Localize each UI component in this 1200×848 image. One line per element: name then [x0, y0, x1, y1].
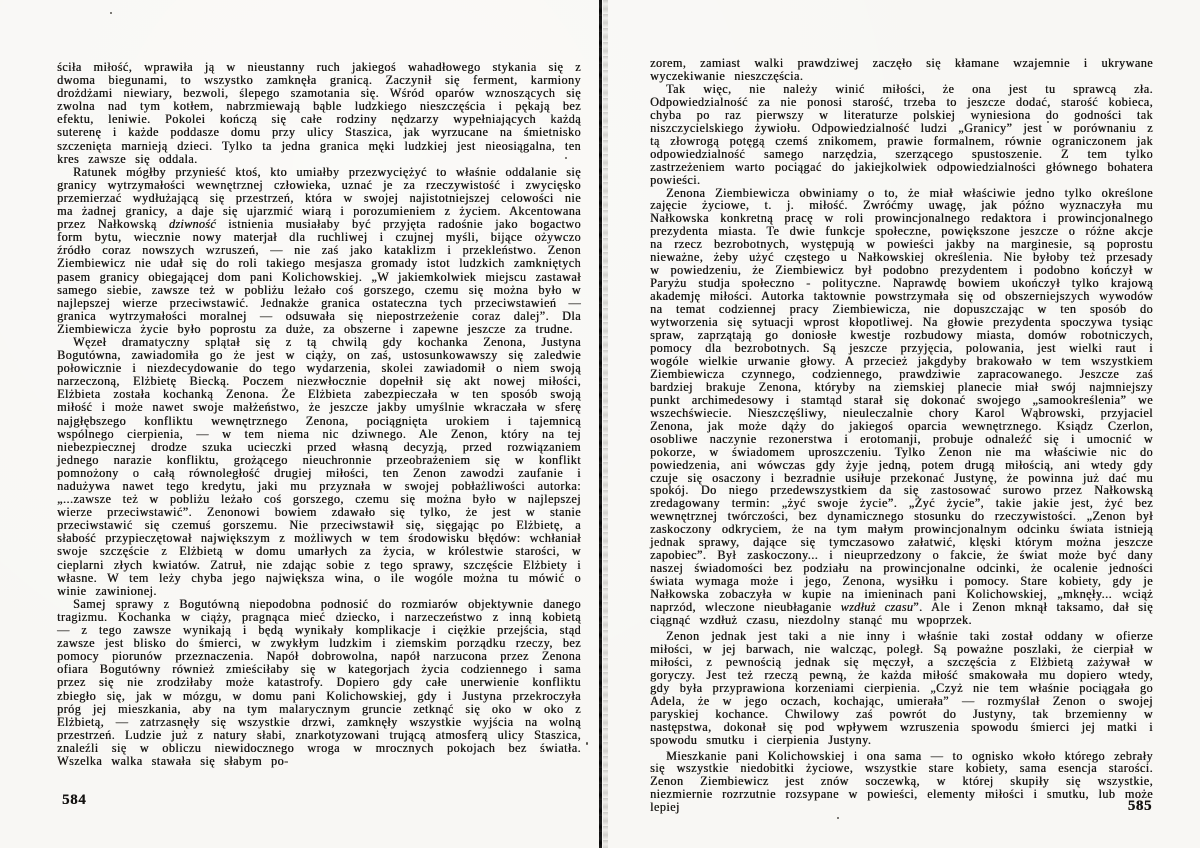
right-page-number: 585 [1128, 798, 1152, 815]
page-gutter-shadow [603, 0, 608, 848]
text-run: Węzeł dramatyczny splątał się z tą chwil… [57, 335, 581, 598]
scan-speck [1047, 121, 1049, 123]
right-page-text: zorem, zamiast walki prawdziwej zaczęło … [650, 57, 1153, 814]
page-gutter-line [599, 0, 602, 848]
paragraph: Mieszkanie pani Kolichowskiej i ona sama… [650, 750, 1153, 815]
scan-speck [586, 742, 588, 745]
left-page-number: 584 [62, 792, 86, 809]
book-spread: ściła miłość, wprawiła ją w nieustanny r… [0, 0, 1200, 848]
text-run: Tak więc, nie należy winić miłości, że o… [650, 82, 1153, 187]
paragraph: Tak więc, nie należy winić miłości, że o… [650, 83, 1153, 187]
paragraph: ściła miłość, wprawiła ją w nieustanny r… [57, 61, 581, 166]
scan-speck [565, 157, 567, 159]
text-run: Zenon jednak jest taki a nie inny i właś… [650, 629, 1153, 747]
text-run: istnienia musiałaby być przyjęta radośni… [57, 217, 581, 336]
left-page-text: ściła miłość, wprawiła ją w nieustanny r… [57, 61, 581, 768]
text-run: Zenona Ziembiewicza obwiniamy o to, że m… [650, 186, 1153, 615]
text-run: Mieszkanie pani Kolichowskiej i ona sama… [650, 749, 1153, 815]
paragraph: Ratunek mógłby przynieść ktoś, kto umiał… [57, 166, 581, 336]
paragraph: Węzeł dramatyczny splątał się z tą chwil… [57, 336, 581, 598]
italic-phrase: wzdłuż czasu [841, 600, 914, 614]
paragraph: Samej sprawy z Bogutówną niepodobna podn… [57, 598, 581, 768]
paragraph: zorem, zamiast walki prawdziwej zaczęło … [650, 57, 1153, 83]
paragraph: Zenona Ziembiewicza obwiniamy o to, że m… [650, 187, 1153, 627]
text-run: zorem, zamiast walki prawdziwej zaczęło … [650, 56, 1153, 83]
scan-speck [837, 817, 839, 819]
paragraph: Zenon jednak jest taki a nie inny i właś… [650, 630, 1153, 747]
text-run: ściła miłość, wprawiła ją w nieustanny r… [57, 60, 581, 166]
italic-phrase: dziwność [169, 217, 216, 231]
scan-speck [110, 12, 112, 14]
text-run: Samej sprawy z Bogutówną niepodobna podn… [57, 597, 581, 768]
